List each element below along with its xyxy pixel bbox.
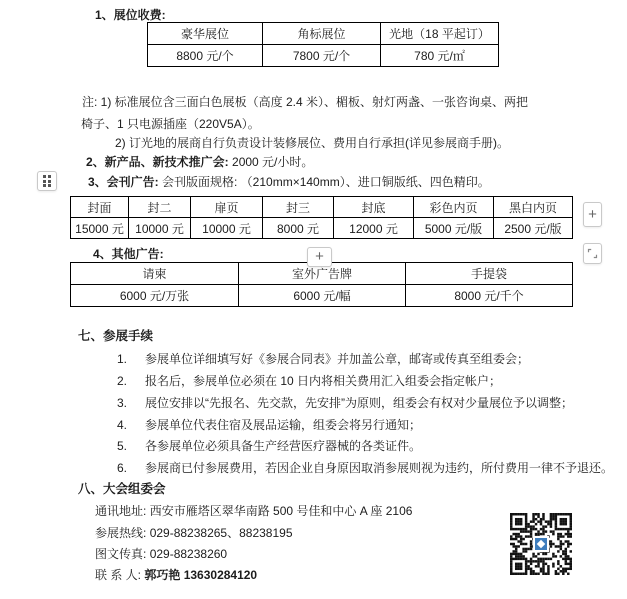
procedure-item: 6.参展商已付参展费用，若因企业自身原因取消参展则视为违约，所付费用一律不予退还… [117,461,613,475]
table-cell: 彩色内页 [414,197,494,218]
table-cell: 封二 [129,197,191,218]
add-column-button[interactable]: + [583,202,602,227]
table-cell: 封面 [71,197,129,218]
booth-fee-table: 豪华展位 角标展位 光地（18 平起订） 8800 元/个 7800 元/个 7… [147,22,499,67]
note-line-3: 2) 订光地的展商自行负责设计装修展位、费用自行承担(详见参展商手册)。 [115,136,509,150]
table-cell: 8000 元 [263,218,334,239]
expand-icon [587,248,598,259]
table-cell: 请柬 [71,263,239,285]
section-journal-spec: 会刊版面规格: （210mm×140mm）、进口铜版纸、四色精印。 [162,175,490,189]
section-promo-value: 2000 元/小时。 [232,155,313,169]
section-procedures-heading: 七、参展手续 [78,329,153,343]
qr-code [510,513,572,575]
table-cell: 12000 元 [334,218,414,239]
note-line-1: 注: 1) 标准展位含三面白色展板（高度 2.4 米）、楣板、射灯两盏、一张咨询… [82,95,528,109]
qr-center-logo-icon [533,536,549,552]
table-cell: 8800 元/个 [148,45,263,67]
section-journal-label: 3、会刊广告: [88,175,159,189]
table-cell: 6000 元/幅 [239,285,406,307]
procedure-item: 3.展位安排以“先报名、先交款，先安排”为原则，组委会有权对少量展位予以调整； [117,396,573,410]
table-drag-handle[interactable] [37,171,57,191]
table-cell: 10000 元 [129,218,191,239]
table-cell: 5000 元/版 [414,218,494,239]
table-row: 8800 元/个 7800 元/个 780 元/㎡ [148,45,499,67]
table-cell: 2500 元/版 [494,218,573,239]
plus-icon: + [588,207,597,222]
table-cell: 黑白内页 [494,197,573,218]
table-cell: 封底 [334,197,414,218]
table-row: 豪华展位 角标展位 光地（18 平起订） [148,23,499,45]
add-row-button[interactable]: + [307,247,332,267]
table-cell: 手提袋 [406,263,573,285]
table-cell: 光地（18 平起订） [381,23,499,45]
table-cell: 扉页 [191,197,263,218]
section-other-ads-heading: 4、其他广告: [93,247,164,261]
section-booth-fees-heading: 1、展位收费: [95,8,166,22]
procedure-item: 5.各参展单位必须具备生产经营医疗器械的各类证件。 [117,439,421,453]
contact-hotline-line: 参展热线: 029-88238265、88238195 [95,526,293,540]
contact-fax-line: 图文传真: 029-88238260 [95,547,227,561]
table-cell: 6000 元/万张 [71,285,239,307]
table-cell: 10000 元 [191,218,263,239]
contact-address-line: 通讯地址: 西安市雁塔区翠华南路 500 号佳和中心 A 座 2106 [95,504,412,518]
table-cell: 角标展位 [263,23,381,45]
table-cell: 封三 [263,197,334,218]
expand-table-button[interactable] [583,243,602,264]
section-promo-line: 2、新产品、新技术推广会: 2000 元/小时。 [86,155,313,169]
table-cell: 8000 元/千个 [406,285,573,307]
table-row: 15000 元 10000 元 10000 元 8000 元 12000 元 5… [71,218,573,239]
procedure-item: 2.报名后，参展单位必须在 10 日内将相关费用汇入组委会指定帐户； [117,374,501,388]
table-row: 封面 封二 扉页 封三 封底 彩色内页 黑白内页 [71,197,573,218]
plus-icon: + [315,249,324,264]
table-cell: 7800 元/个 [263,45,381,67]
table-cell: 780 元/㎡ [381,45,499,67]
table-cell: 15000 元 [71,218,129,239]
note-line-2: 椅子、1 只电源插座（220V5A）。 [81,117,260,131]
contact-person-line: 联 系 人: 郭巧艳 13630284120 [95,568,257,582]
table-cell: 豪华展位 [148,23,263,45]
other-ads-table: 请柬 室外广告牌 手提袋 6000 元/万张 6000 元/幅 8000 元/千… [70,262,573,307]
section-journal-line: 3、会刊广告: 会刊版面规格: （210mm×140mm）、进口铜版纸、四色精印… [88,175,490,189]
journal-ad-table: 封面 封二 扉页 封三 封底 彩色内页 黑白内页 15000 元 10000 元… [70,196,573,239]
section-committee-heading: 八、大会组委会 [78,482,166,496]
procedure-item: 1.参展单位详细填写好《参展合同表》并加盖公章，邮寄或传真至组委会； [117,352,529,366]
document-page: 1、展位收费: 豪华展位 角标展位 光地（18 平起订） 8800 元/个 78… [0,0,627,599]
procedure-item: 4.参展单位代表住宿及展品运输，组委会将另行通知； [117,418,421,432]
table-row: 6000 元/万张 6000 元/幅 8000 元/千个 [71,285,573,307]
drag-handle-icon [43,175,51,187]
section-promo-label: 2、新产品、新技术推广会: [86,155,229,169]
